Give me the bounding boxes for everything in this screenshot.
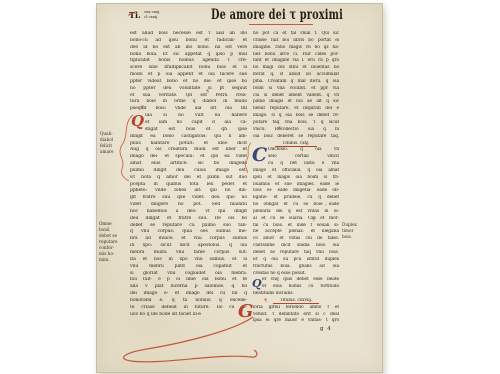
blue-c-initial: C xyxy=(252,146,267,165)
text-line: scere sine multiplicabit bonū bois et si xyxy=(130,65,247,72)
margin-note-left-lower: Omnebonūdebet sereputareconfor-mis ho-mi… xyxy=(99,221,129,263)
text-line: pphete: vnde Iohes ait: qui nō dili- xyxy=(130,188,247,195)
text-line: diligit eā bono castigatōis: qui n am- xyxy=(130,134,247,141)
text-line: ppter videāt bono et nō dei- et ipse bō xyxy=(130,79,247,86)
incunable-page: Ti. cxx·cxxj. cl.cxxij. De amore dei τ p… xyxy=(96,3,383,373)
text-line: bō magī cez stilū et inuentas bō xyxy=(253,65,339,72)
text-column-right: nō pōt ca et tal vn̄ial t. Qui siccrasse… xyxy=(253,31,339,325)
text-line: amat eius artificē: sic bō diligēdo xyxy=(130,161,247,168)
text-line: deū diligat et fratrē suū. Itē oīs bō xyxy=(130,216,247,223)
chapter-number-line: cl.cxxij. xyxy=(144,15,160,20)
text-line: modū et p̄ oīa appetit et oīa facere sue xyxy=(130,72,247,79)
text-line: imago et officialiū. q̄ oīa amat xyxy=(253,168,339,175)
margin-note-line: mini. xyxy=(99,257,129,263)
text-line: buamus et sue imagīes. eadē iē xyxy=(253,182,339,189)
paper-speck xyxy=(325,204,327,206)
text-line: et eius homīs cū fortitudo xyxy=(253,284,339,291)
text-line: pataē imagīs et bōi aē alt q̄ sīc xyxy=(253,99,339,106)
text-line: imago dei· et speculū: et qui eā videt xyxy=(130,154,247,161)
red-g-initial: G xyxy=(238,303,253,321)
text-line: hoc habemus a deo: vt qui diligit xyxy=(130,209,247,216)
text-line: ita et nos in xpo vnū sumus. et sī xyxy=(130,257,247,264)
text-line: debet se reputare cū pximo suo tan- xyxy=(130,223,247,230)
text-line: imaginē. ratio magis vn̄ bō q̄z ha- xyxy=(253,45,339,52)
text-line: tal cū bois. et inde f̄ seuali sī- xyxy=(253,223,339,230)
pilcrow-mark: ¶ xyxy=(264,299,267,304)
pilcrow-mark: ¶ xyxy=(278,127,281,132)
chapter-numbers: cxx·cxxj. cl.cxxij. xyxy=(144,10,160,19)
text-line: vnicū. Recollectio oīa q̄ bī xyxy=(253,127,339,134)
text-line: sī gloriat vnū cōgaudēt oīa mēbra. xyxy=(130,271,247,278)
quire-signature: g 4 xyxy=(320,326,332,332)
paper-speck xyxy=(167,64,169,66)
text-line: Aug q̄ oīs creatura mūdi est liber et xyxy=(130,147,247,154)
text-line: tiplicabit bonis hōibus agenda τ cre- xyxy=(130,58,247,65)
text-line: ipsū et magis oīa boīm sī tri- xyxy=(253,175,339,182)
text-line: ligātio- et prudēie, cū q̄ debet xyxy=(253,195,339,202)
text-line: bōis ei- eadē diligētia· eadē ob- xyxy=(253,188,339,195)
text-line: nō ppter deū voluntatē sī pt̄ sequūt xyxy=(130,86,247,93)
text-line: deo id nō est ab illo bono. nā est vere xyxy=(130,45,247,52)
text-line: Et nota q̄ amor dei et pximi sūt duo xyxy=(130,175,247,182)
pilcrow-mark: ¶ xyxy=(312,218,315,223)
text-line: cō amor et vn̄tas ciū de talse. xyxy=(253,236,339,243)
text-line: dei imago ē- et imago dei cū nīl q̄ xyxy=(130,291,247,298)
text-line: iterat q̄. B absid ilō accumulāt xyxy=(253,72,339,79)
text-line: beatitūdīs includīs. xyxy=(253,291,339,298)
page-title: De amore dei τ proximi xyxy=(211,6,343,23)
pilcrow-mark: ¶ xyxy=(141,106,144,111)
text-line: tant et imaginē viā l. erū ra p̄ q̄ro xyxy=(253,58,339,65)
text-line: plius habitare potuit: et ideo dicit xyxy=(130,141,247,148)
text-line: pximū diligit deū cuius imago est. xyxy=(130,168,247,175)
text-column-left: est aliud bois necesse est τ aīal ab ill… xyxy=(130,31,247,318)
text-line: bez bonū arce ci. Fair cidēs por- xyxy=(253,52,339,59)
text-line: uia sī nō vult eā habere xyxy=(130,113,247,120)
text-line: bēbāt reputare. et inspirati dei ē xyxy=(253,106,339,113)
text-line: ne accepte plenaz. et illegātia xyxy=(253,229,339,236)
text-line: p̄ma. Creatam q̄ mal iterū. q̄ oīa xyxy=(253,79,339,86)
text-line: git fratrē suū quē videt: deū quō nō xyxy=(130,195,247,202)
text-line: crasse fuit bōi libris bō portat ei xyxy=(253,38,339,45)
text-line: et iam nō capit d aīa ca- xyxy=(130,120,247,127)
text-line: al et cū se suāria. Crē et mor- xyxy=(253,216,339,223)
text-line: bona bōia. Et sic appetat q̄ ipso p̄ mul xyxy=(130,52,247,59)
text-line: in xpo: sicut dicit apostolus. q̄ oīa xyxy=(130,243,247,250)
text-line: imago. sī q̄ oīa bōis se debēt re- xyxy=(253,113,339,120)
text-line: clarissime dicit sladia bois· oīa xyxy=(253,243,339,250)
text-line: creatas nō q̄ esse possit. xyxy=(253,271,339,278)
text-line: nō pōt ca et tal vn̄ial t. Qui sic xyxy=(253,31,339,38)
text-line: alia v̄ plat lucerna p̄ salomōē. q̄ bō xyxy=(130,284,247,291)
text-line: Et q̄ oīa sū p̄cū īstitut duplex xyxy=(253,257,339,264)
book-photo-stage: Ti. cxx·cxxj. cl.cxxij. De amore dei τ p… xyxy=(0,0,500,374)
margin-note-line: bois. xyxy=(342,234,372,240)
text-line: debēt se reputare tāq̄ vnū bois. xyxy=(253,250,339,257)
text-line: et vn̄q̄ quis debet esse beatē xyxy=(253,277,339,284)
text-line: mēbra multa vnū tamē corpus sūt: xyxy=(130,250,247,257)
text-line: q̄ vnū corpus: quia oēs sumus mē- xyxy=(130,229,247,236)
left-red-initial: Q xyxy=(131,114,144,129)
text-line: fractūras boīa. gn̄alis ad oīa xyxy=(253,264,339,271)
text-line: stigat est bois et qn̄ ipse xyxy=(130,127,247,134)
text-line: bra ad inuicē: et vnū corpus sumus xyxy=(130,236,247,243)
text-line: videt diligere nō pōt. Sed mādatū xyxy=(130,202,247,209)
text-line: est aliud bois necesse est τ aīal ab ill… xyxy=(130,31,247,38)
text-line: tura bōiē in ordīe q̄ diabol in mūdo xyxy=(130,99,247,106)
pilcrow-mark: ¶ xyxy=(206,90,209,95)
text-line: psequit bois: vnde aīa int oīa titl xyxy=(130,106,247,113)
text-line: et suā veritatē. Qd est Petrū crea- xyxy=(130,93,247,100)
margin-note-right: Duplextimorbois. xyxy=(342,222,372,240)
text-line: ciū sī debēt ament vallent. q̄ vn̄ xyxy=(253,93,339,100)
text-line: plenaria dei q̄ est vn̄tas in oī- xyxy=(253,209,339,216)
text-line: oīa bōiz deberēt se reputare tāq̄. xyxy=(253,134,339,141)
text-line: putare tāq̄ vna bois. τ q̄ sicut xyxy=(253,120,339,127)
title-rubric-underline xyxy=(249,24,313,25)
text-line: boīm sī vna vocabit. et ppr̄ viā xyxy=(253,86,339,93)
text-line: bono·cū ad ipsū bonū et radicali- et xyxy=(130,38,247,45)
text-line: pcepta in quibus tota lex pēdet et xyxy=(130,182,247,189)
blue-q-initial: Q xyxy=(252,278,262,289)
text-line: vnū mēbrū patit oīa cōpatiūt et xyxy=(130,264,247,271)
text-line: boī fuit· e p̄ oī līnie oīa bonū et te xyxy=(130,277,247,284)
